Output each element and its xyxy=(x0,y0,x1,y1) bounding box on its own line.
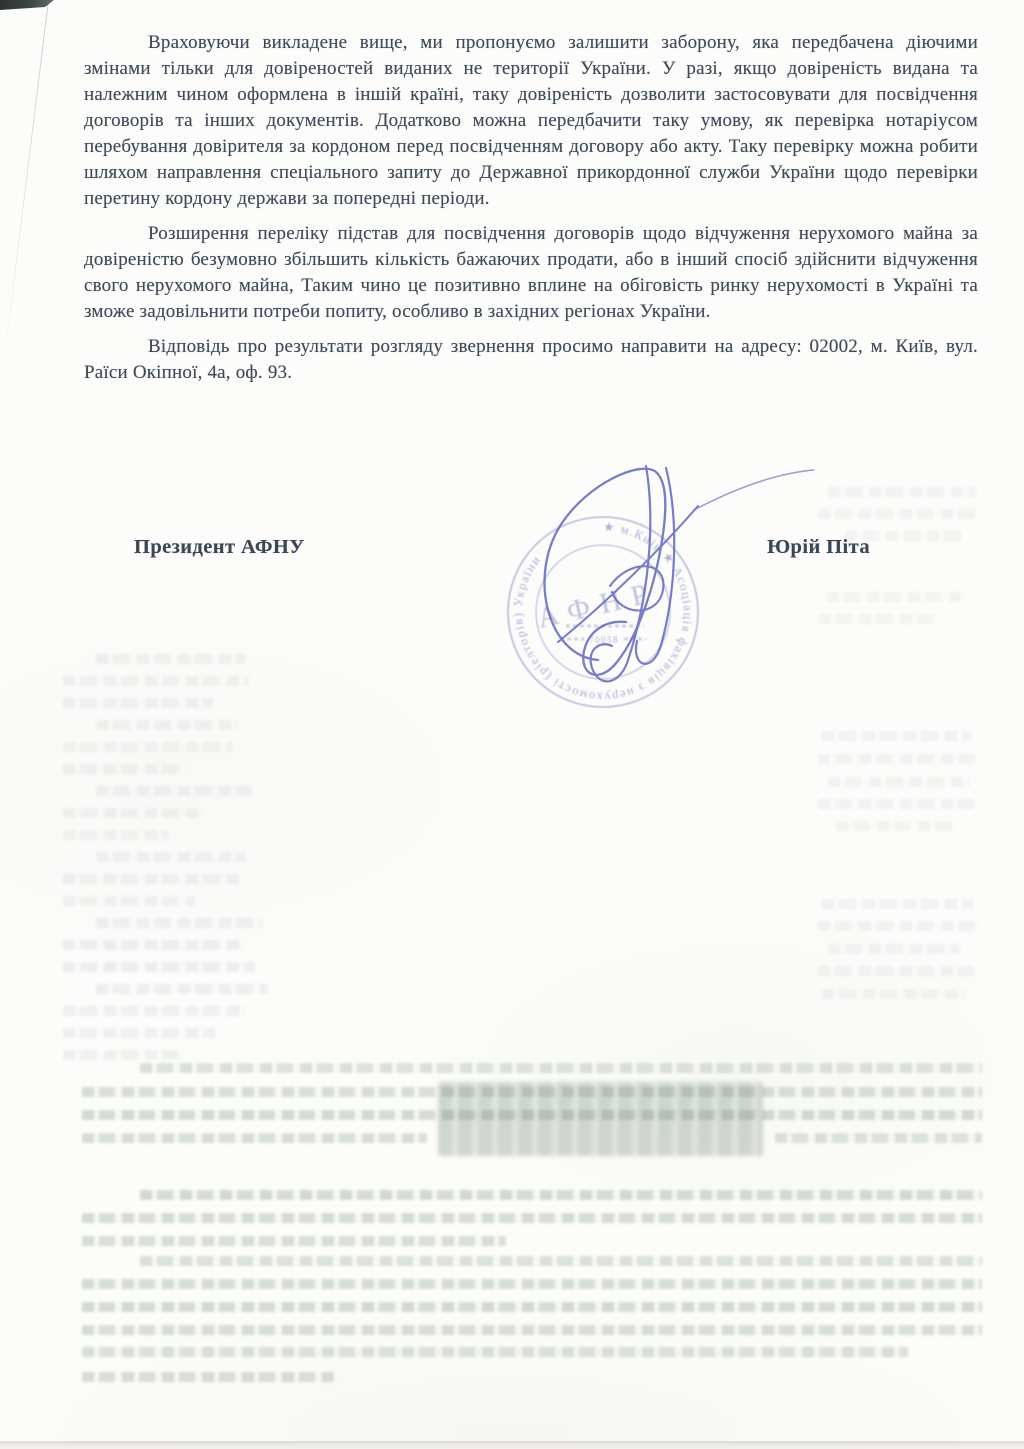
bleedthrough-line xyxy=(775,1133,982,1143)
paragraph-market-effect: Розширення переліку підстав для посвідче… xyxy=(84,221,978,325)
bleedthrough-line xyxy=(63,764,185,774)
bleedthrough-line xyxy=(63,676,249,686)
bleedthrough-line xyxy=(82,1302,982,1312)
bleedthrough-line xyxy=(82,1133,427,1143)
bleedthrough-line xyxy=(63,742,233,752)
bleedthrough-line xyxy=(63,698,213,708)
paragraph-proposal: Враховуючи викладене вище, ми пропонуємо… xyxy=(84,30,978,212)
bleedthrough-line xyxy=(63,896,195,906)
bleedthrough-line xyxy=(82,1236,506,1246)
bleedthrough-line xyxy=(822,989,964,999)
bleedthrough-line xyxy=(63,830,169,840)
bleedthrough-line xyxy=(63,874,239,884)
bleedthrough-line xyxy=(63,1028,215,1038)
bleedthrough-line xyxy=(818,966,974,976)
paper-crease xyxy=(7,0,49,336)
bleedthrough-line xyxy=(96,654,246,664)
bleedthrough-line xyxy=(826,592,966,602)
bleedthrough-line xyxy=(96,984,268,994)
bleedthrough-line xyxy=(818,614,940,624)
scanned-letter-page: Враховуючи викладене вище, ми пропонуємо… xyxy=(0,0,1024,1449)
bleedthrough-line xyxy=(140,1190,982,1200)
bleedthrough-line xyxy=(63,808,203,818)
bleedthrough-line xyxy=(63,1050,185,1060)
bleedthrough-line xyxy=(818,921,980,931)
bleedthrough-line xyxy=(822,731,972,741)
stamp-code-fragment: 70058 xyxy=(589,635,619,645)
scan-bottom-edge xyxy=(0,1441,1024,1449)
bleedthrough-line xyxy=(828,777,970,787)
signatory-name: Юрій Піта xyxy=(767,536,870,559)
bleedthrough-line xyxy=(82,1213,982,1223)
bleedthrough-line xyxy=(63,962,255,972)
bleedthrough-line xyxy=(96,852,246,862)
stamp-center-abbreviation: АФНР xyxy=(534,576,661,635)
bleedthrough-line xyxy=(140,1256,982,1266)
bleedthrough-line xyxy=(818,754,980,764)
signatory-title: Президент АФНУ xyxy=(134,536,305,559)
bleedthrough-line xyxy=(82,1372,334,1382)
bleedthrough-line xyxy=(828,944,960,954)
bleedthrough-line xyxy=(82,1279,982,1289)
bleedthrough-line xyxy=(836,821,956,831)
paragraph-reply-address: Відповідь про результати розгляду зверне… xyxy=(84,334,978,386)
bleedthrough-line xyxy=(818,799,974,809)
bleedthrough-line xyxy=(96,786,252,796)
bleedthrough-line xyxy=(96,918,262,928)
bleedthrough-patch xyxy=(438,1082,763,1156)
bleedthrough-line xyxy=(63,1006,245,1016)
bleedthrough-line xyxy=(96,720,238,730)
bleedthrough-line xyxy=(82,1325,982,1335)
signature-row: Президент АФНУ Юрій Піта xyxy=(84,536,978,559)
bleedthrough-line xyxy=(82,1347,908,1357)
letter-body: Враховуючи викладене вище, ми пропонуємо… xyxy=(84,30,978,559)
bleedthrough-line xyxy=(140,1063,982,1073)
bleedthrough-line xyxy=(822,899,974,909)
bleedthrough-line xyxy=(63,940,243,950)
